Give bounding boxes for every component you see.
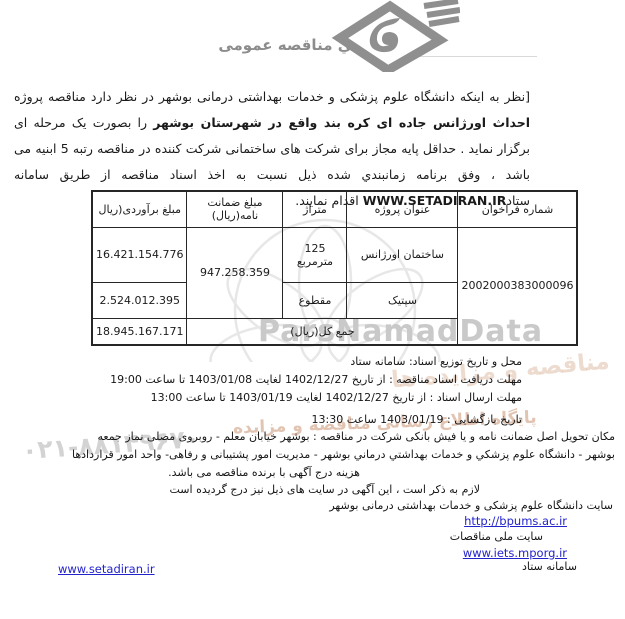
receive-deadline-line: مهلت دریافت اسناد مناقصه : از تاریخ 1402… <box>110 373 522 386</box>
tender-table: شماره فراخوان عنوان پروژه متراژ مبلغ ضما… <box>91 190 578 346</box>
bpums-link[interactable]: http://bpums.ac.ir <box>464 514 567 528</box>
col-header-estimate: مبلغ برآوردی(ریال <box>92 191 187 227</box>
estimate-cell: 16.421.154.776 <box>92 227 187 282</box>
area-cell: 125 مترمربع <box>283 227 347 282</box>
delivery-location-line-1: مکان تحویل اصل ضمانت نامه و یا فیش بانکی… <box>97 430 615 443</box>
advertisement-cost-note: هزینه درج آگهی با برنده مناقصه می باشد. <box>168 466 360 479</box>
setad-system-label: سامانه ستاد <box>522 560 577 573</box>
iets-mporg-link[interactable]: www.iets.mporg.ir <box>463 546 567 560</box>
university-site-label: سایت دانشگاه علوم پزشکی و خدمات بهداشتی … <box>329 499 613 512</box>
col-header-guarantee: مبلغ ضمانت نامه(ریال) <box>187 191 283 227</box>
table-row: 2002000383000096 ساختمان اورژانس 125 متر… <box>92 227 577 282</box>
project-title-cell: سپتیک <box>347 282 458 318</box>
project-title-cell: ساختمان اورژانس <box>347 227 458 282</box>
estimate-cell: 2.524.012.395 <box>92 282 187 318</box>
send-deadline-line: مهلت ارسال اسناد : از تاریخ 1402/12/27 ل… <box>151 391 522 404</box>
setadiran-link[interactable]: www.setadiran.ir <box>58 562 155 576</box>
published-sites-note: لازم به ذکر است ، این آگهی در سایت های ذ… <box>170 483 481 496</box>
total-label-cell: جمع کل(ریال) <box>187 318 458 345</box>
setad-diamond-logo-icon <box>328 0 460 72</box>
delivery-location-line-2: بوشهر - دانشگاه علوم پزشكي و خدمات بهداش… <box>72 448 615 461</box>
documents-distribution-line: محل و تاریخ توزیع اسناد: سامانه ستاد <box>350 355 522 368</box>
call-number-cell: 2002000383000096 <box>458 227 577 345</box>
opening-date-line: تاریخ بازگشایی : 1403/01/19 ساعت 13:30 <box>312 413 523 426</box>
col-header-project-title: عنوان پروژه <box>347 191 458 227</box>
col-header-area: متراژ <box>283 191 347 227</box>
intro-project-name: احداث اورژانس جاده ای کره بند واقع در شه… <box>153 115 530 130</box>
national-tenders-site-label: سایت ملی مناقصات <box>450 530 543 543</box>
intro-text-pre: [نظر به اینکه دانشگاه علوم پزشکی و خدمات… <box>14 89 530 104</box>
area-cell: مقطوع <box>283 282 347 318</box>
col-header-call-number: شماره فراخوان <box>458 191 577 227</box>
tender-announcement-page: آگهي مناقصه عمومی ParsNamadData مناقصه و… <box>0 0 625 619</box>
table-header-row: شماره فراخوان عنوان پروژه متراژ مبلغ ضما… <box>92 191 577 227</box>
guarantee-cell: 947.258.359 <box>187 227 283 318</box>
total-value-cell: 18.945.167.171 <box>92 318 187 345</box>
